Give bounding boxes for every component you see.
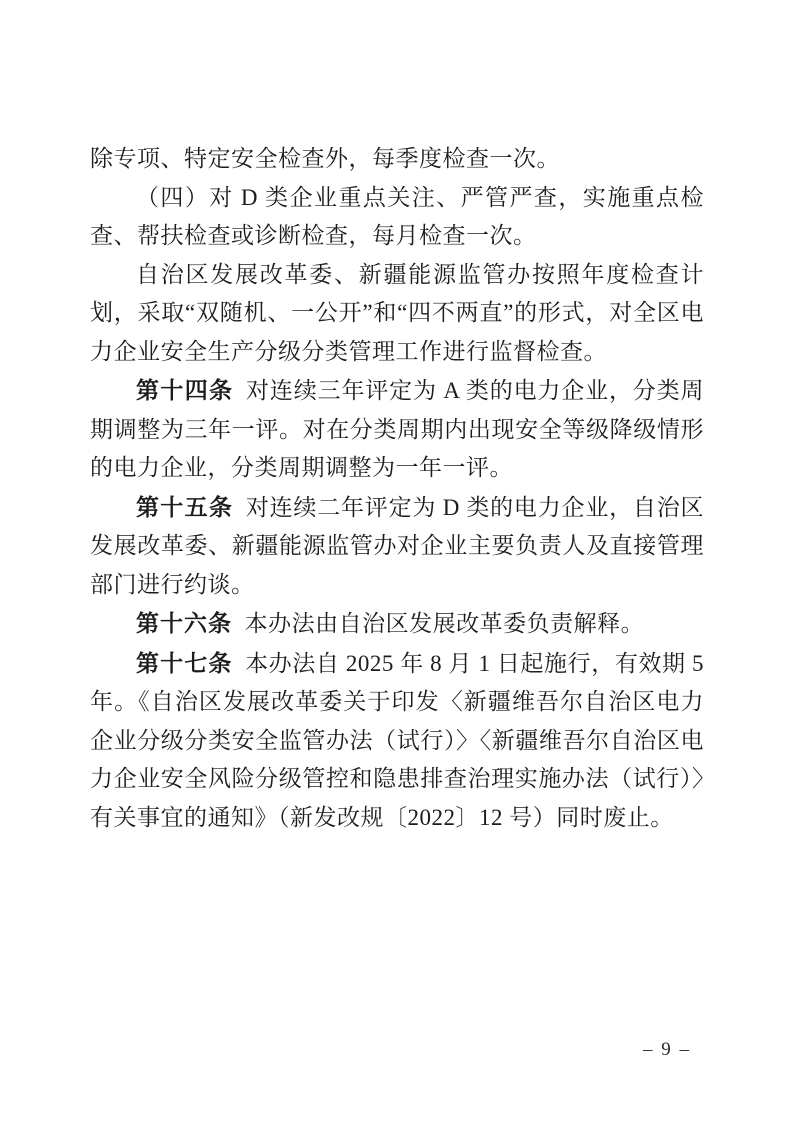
paragraph-article-16: 第十六条本办法由自治区发展改革委负责解释。 [90,604,704,644]
paragraph-text: 自治区发展改革委、新疆能源监管办按照年度检查计划，采取“双随机、一公开”和“四不… [90,262,704,364]
paragraph-text: 除专项、特定安全检查外，每季度检查一次。 [90,146,560,171]
paragraph-text: 本办法自 2025 年 8 月 1 日起施行，有效期 5 年。《自治区发展改革委… [90,651,704,830]
article-number: 第十六条 [136,610,232,636]
paragraph-text: （四）对 D 类企业重点关注、严管严查，实施重点检查、帮扶检查或诊断检查，每月检… [90,185,704,249]
paragraph: （四）对 D 类企业重点关注、严管严查，实施重点检查、帮扶检查或诊断检查，每月检… [90,179,704,256]
paragraph-article-14: 第十四条对连续三年评定为 A 类的电力企业，分类周期调整为三年一评。对在分类周期… [90,371,704,488]
paragraph-article-17: 第十七条本办法自 2025 年 8 月 1 日起施行，有效期 5 年。《自治区发… [90,644,704,838]
document-body: 除专项、特定安全检查外，每季度检查一次。 （四）对 D 类企业重点关注、严管严查… [90,140,704,837]
paragraph-article-15: 第十五条对连续二年评定为 D 类的电力企业，自治区发展改革委、新疆能源监管办对企… [90,488,704,605]
article-number: 第十五条 [136,494,233,520]
page-number: – 9 – [643,1038,691,1062]
article-number: 第十七条 [136,650,232,676]
paragraph-text: 本办法由自治区发展改革委负责解释。 [245,611,645,636]
document-page: 除专项、特定安全检查外，每季度检查一次。 （四）对 D 类企业重点关注、严管严查… [0,0,793,1122]
paragraph: 自治区发展改革委、新疆能源监管办按照年度检查计划，采取“双随机、一公开”和“四不… [90,256,704,372]
paragraph: 除专项、特定安全检查外，每季度检查一次。 [90,140,704,179]
article-number: 第十四条 [136,377,233,403]
